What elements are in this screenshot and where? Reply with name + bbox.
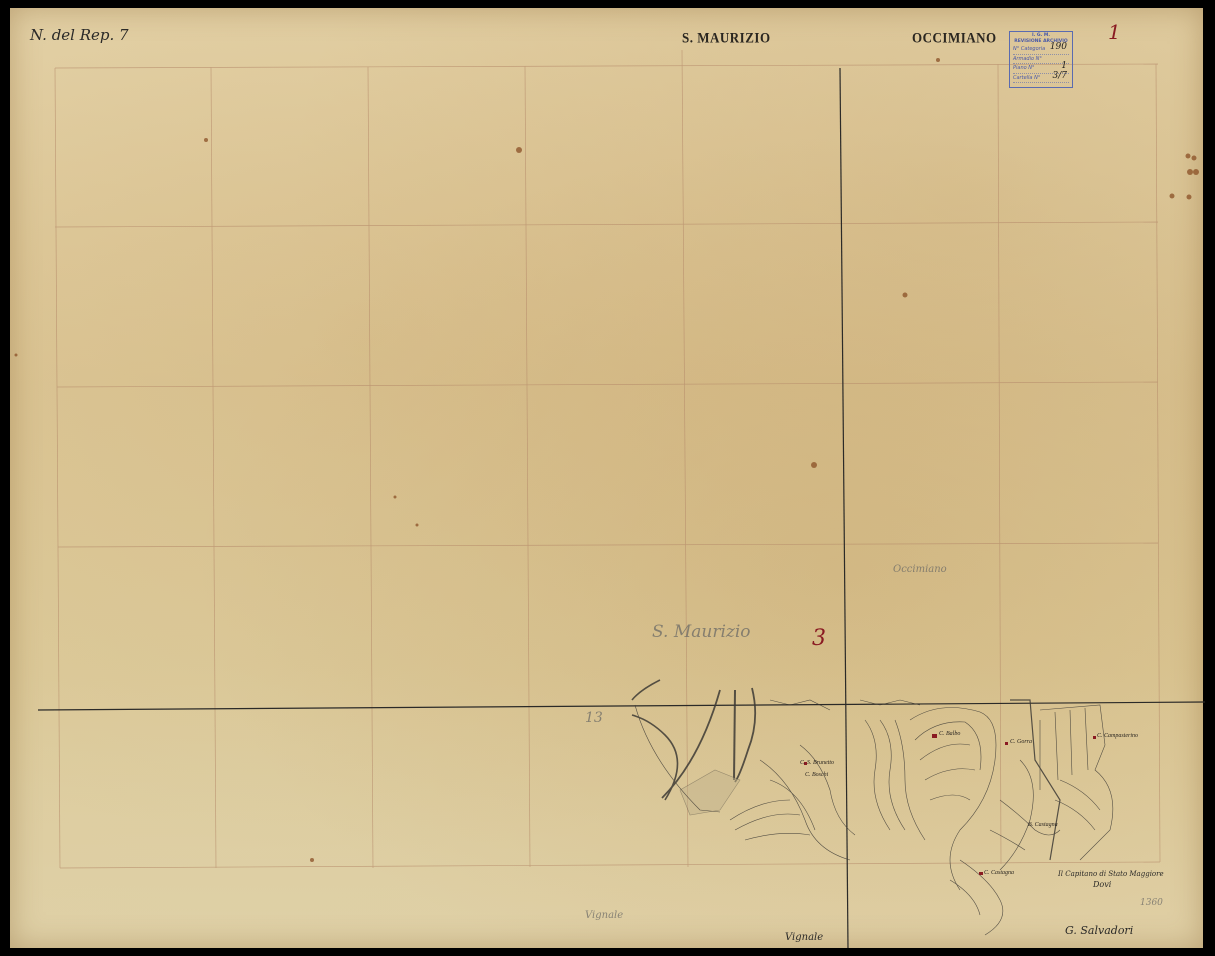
pencil-label-vignale-left: Vignale xyxy=(585,910,623,921)
building-markers xyxy=(804,734,1096,875)
place-c-boschi: C. Boschi xyxy=(805,772,828,778)
register-number-annotation: N. del Rep. 7 xyxy=(30,26,129,44)
pencil-grid xyxy=(55,50,1160,868)
pencil-label-s-maurizio: S. Maurizio xyxy=(652,622,751,642)
place-b-castagna: B. Castagna xyxy=(1028,822,1058,828)
sheet-number: 1 xyxy=(1108,20,1121,44)
place-c-campasterino: C. Campasterino xyxy=(1097,733,1138,739)
pencil-label-occimiano: Occimiano xyxy=(893,564,947,575)
map-title-s-maurizio: S. MAURIZIO xyxy=(682,29,771,47)
place-c-s-brunetto: C. S. Brunetto xyxy=(800,760,834,766)
place-c-balbo: C. Balbo xyxy=(939,731,960,737)
pencil-number-1360: 1360 xyxy=(1140,898,1163,908)
signature-handwritten: G. Salvadori xyxy=(1065,924,1133,937)
topographic-drawing xyxy=(632,680,1113,935)
signature-title: Il Capitano di Stato Maggiore xyxy=(1058,870,1164,878)
red-number-3: 3 xyxy=(812,626,826,651)
place-c-castagna: C. Castagna xyxy=(984,870,1014,876)
stamp-row-cartella: Cartella N°3/7 xyxy=(1013,74,1069,84)
place-c-gorra: C. Gorra xyxy=(1010,739,1032,745)
pencil-number-13: 13 xyxy=(585,710,603,726)
ink-frame-lines xyxy=(38,68,1205,948)
ink-label-vignale-bottom: Vignale xyxy=(785,932,823,943)
map-grid-and-drawing xyxy=(0,0,1215,956)
archive-stamp: I. G. M. REVISIONE ARCHIVIO N° Categoria… xyxy=(1009,31,1073,88)
signature-name: Dovi xyxy=(1093,880,1111,889)
map-title-occimiano: OCCIMIANO xyxy=(912,29,997,47)
stamp-row-categoria: N° Categoria190 xyxy=(1013,45,1069,55)
